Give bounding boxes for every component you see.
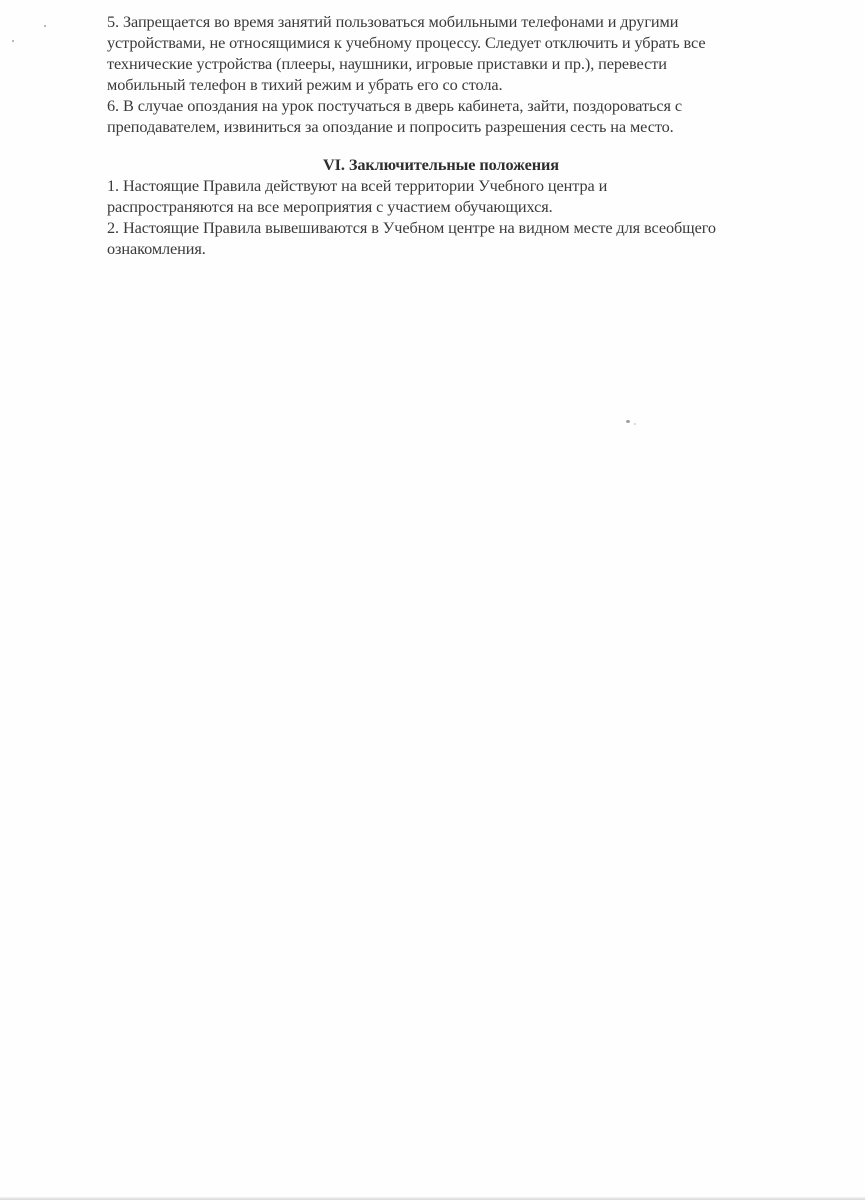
text-line: ознакомления. [107,238,767,259]
text-line: 2. Настоящие Правила вывешиваются в Учеб… [107,217,767,238]
text-line: преподавателем, извиниться за опоздание … [107,116,767,137]
text-line: 1. Настоящие Правила действуют на всей т… [107,175,767,196]
text-line: устройствами, не относящимися к учебному… [107,32,767,53]
text-line: распространяются на все мероприятия с уч… [107,196,767,217]
final-provision-1: 1. Настоящие Правила действуют на всей т… [107,175,767,217]
scan-speck [44,25,46,27]
scan-speck [634,423,636,425]
text-line: 5. Запрещается во время занятий пользова… [107,11,767,32]
section-heading: VI. Заключительные положения [107,154,775,175]
text-line: 6. В случае опоздания на урок постучатьс… [107,95,767,116]
text-line: технические устройства (плееры, наушники… [107,53,767,74]
rule-item-5: 5. Запрещается во время занятий пользова… [107,11,767,95]
scanned-page: 5. Запрещается во время занятий пользова… [0,0,865,1200]
document-body: 5. Запрещается во время занятий пользова… [107,11,767,259]
text-line: мобильный телефон в тихий режим и убрать… [107,74,767,95]
scan-speck [626,420,630,423]
rule-item-6: 6. В случае опоздания на урок постучатьс… [107,95,767,137]
final-provision-2: 2. Настоящие Правила вывешиваются в Учеб… [107,217,767,259]
scan-speck [12,40,14,42]
